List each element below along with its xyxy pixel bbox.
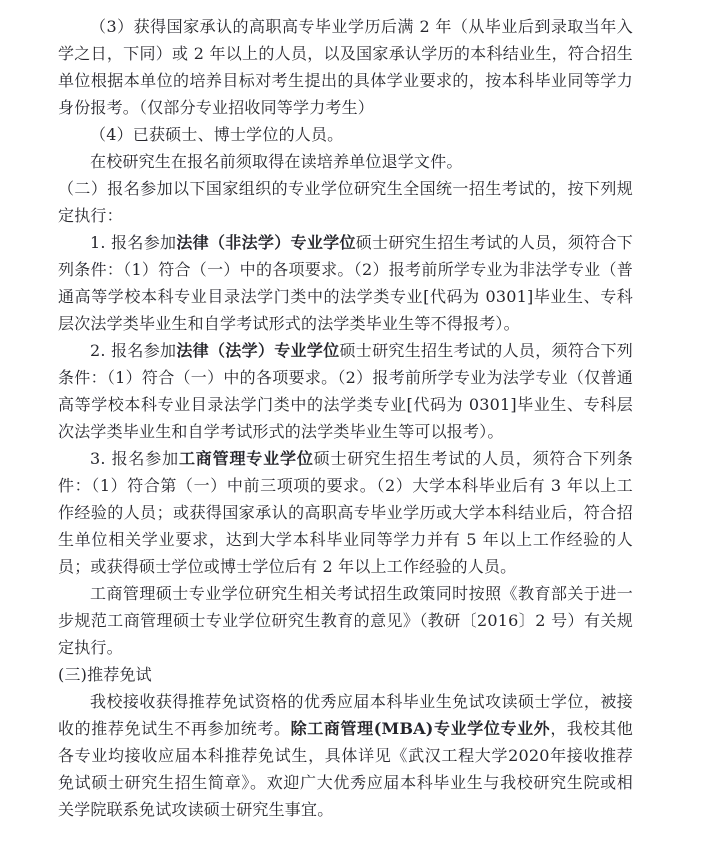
text-segment: 1. 报名参加 <box>90 233 176 252</box>
document-page: （3）获得国家承认的高职高专毕业学历后满 2 年（从毕业后到录取当年入学之日，下… <box>0 0 711 842</box>
paragraph-clause-3: （3）获得国家承认的高职高专毕业学历后满 2 年（从毕业后到录取当年入学之日，下… <box>58 13 633 121</box>
paragraph-section-2-heading: （二）报名参加以下国家组织的专业学位研究生全国统一招生考试的，按下列规定执行： <box>58 175 633 229</box>
text-segment: (三)推荐免试 <box>58 665 152 684</box>
bold-text-segment: 法律（法学）专业学位 <box>176 341 339 360</box>
bold-text-segment: 工商管理专业学位 <box>179 449 314 468</box>
paragraph-item-1-law-nonlaw: 1. 报名参加法律（非法学）专业学位硕士研究生招生考试的人员，须符合下列条件：（… <box>58 229 633 337</box>
text-segment: 2. 报名参加 <box>90 341 176 360</box>
paragraph-clause-4: （4）已获硕士、博士学位的人员。 <box>58 121 633 148</box>
document-body: （3）获得国家承认的高职高专毕业学历后满 2 年（从毕业后到录取当年入学之日，下… <box>58 13 633 823</box>
text-segment: 工商管理硕士专业学位研究生相关考试招生政策同时按照《教育部关于进一步规范工商管理… <box>58 584 633 657</box>
text-segment: 3. 报名参加 <box>90 449 179 468</box>
paragraph-item-3-mba: 3. 报名参加工商管理专业学位硕士研究生招生考试的人员，须符合下列条件：（1）符… <box>58 445 633 580</box>
text-segment: 硕士研究生招生考试的人员，须符合下列条件：（1）符合第（一）中前三项项的要求。（… <box>58 449 633 576</box>
paragraph-mba-policy-note: 工商管理硕士专业学位研究生相关考试招生政策同时按照《教育部关于进一步规范工商管理… <box>58 580 633 661</box>
text-segment: （4）已获硕士、博士学位的人员。 <box>90 125 343 144</box>
paragraph-item-2-law: 2. 报名参加法律（法学）专业学位硕士研究生招生考试的人员，须符合下列条件：（1… <box>58 337 633 445</box>
text-segment: （二）报名参加以下国家组织的专业学位研究生全国统一招生考试的，按下列规定执行： <box>58 179 633 225</box>
text-segment: （3）获得国家承认的高职高专毕业学历后满 2 年（从毕业后到录取当年入学之日，下… <box>58 17 633 117</box>
paragraph-recommendation-exemption: 我校接收获得推荐免试资格的优秀应届本科毕业生免试攻读硕士学位，被接收的推荐免试生… <box>58 688 633 823</box>
bold-text-segment: 除工商管理(MBA)专业学位专业外 <box>291 719 551 738</box>
paragraph-note-enrolled-students: 在校研究生在报名前须取得在读培养单位退学文件。 <box>58 148 633 175</box>
paragraph-section-3-heading: (三)推荐免试 <box>58 661 633 688</box>
bold-text-segment: 法律（非法学）专业学位 <box>176 233 355 252</box>
text-segment: 在校研究生在报名前须取得在读培养单位退学文件。 <box>90 152 463 171</box>
